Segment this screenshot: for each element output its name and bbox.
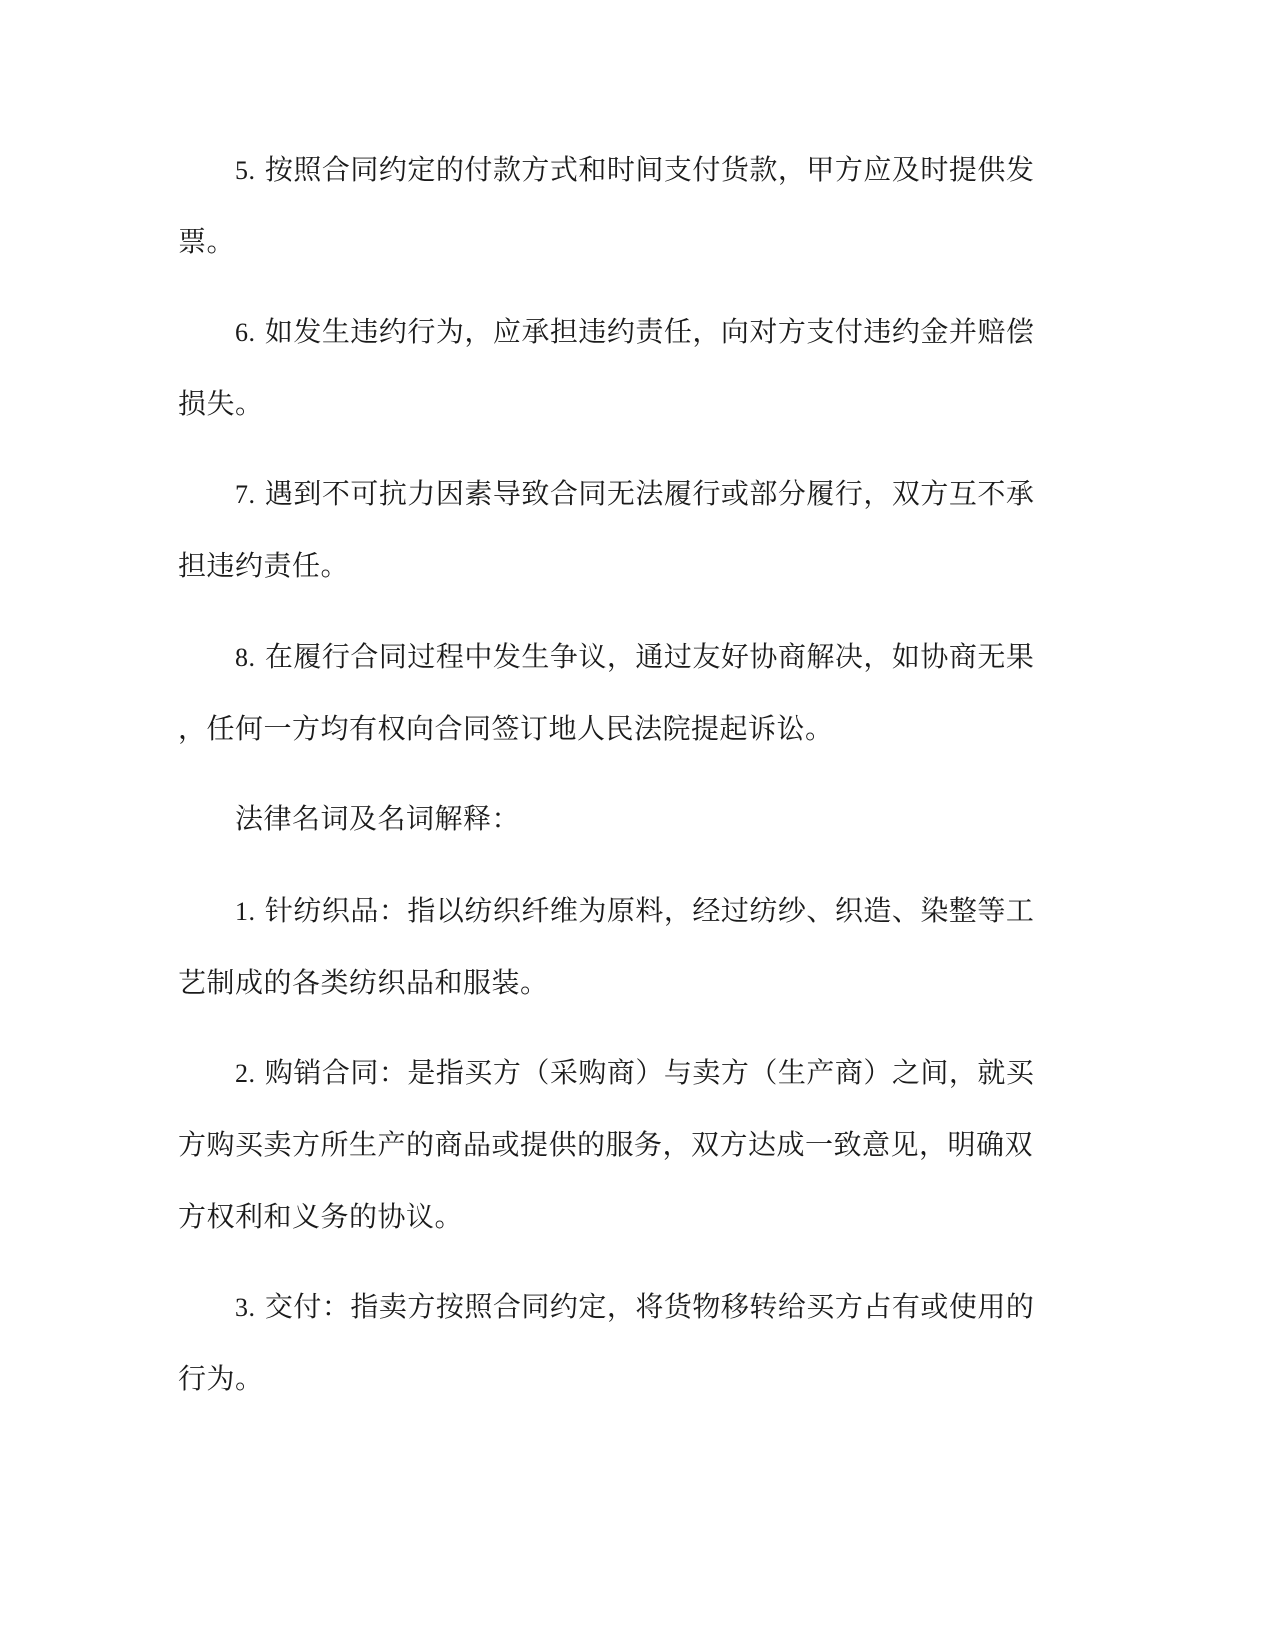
clause-5-line-2: 票。	[178, 222, 235, 262]
definition-1-line-2: 艺制成的各类纺织品和服装。	[178, 963, 549, 1003]
definition-1-line-1: 1. 针纺织品：指以纺织纤维为原料，经过纺纱、织造、染整等工	[235, 891, 1034, 932]
definition-2-line-2: 方购买卖方所生产的商品或提供的服务，双方达成一致意见，明确双	[178, 1125, 1033, 1165]
section-heading: 法律名词及名词解释：	[235, 799, 520, 839]
clause-7-line-2: 担违约责任。	[178, 546, 349, 586]
definition-2-line-1: 2. 购销合同：是指买方（采购商）与卖方（生产商）之间，就买	[235, 1053, 1034, 1094]
clause-5-line-1: 5. 按照合同约定的付款方式和时间支付货款，甲方应及时提供发	[235, 150, 1034, 191]
clause-6-line-1: 6. 如发生违约行为，应承担违约责任，向对方支付违约金并赔偿	[235, 312, 1034, 353]
clause-8-line-1: 8. 在履行合同过程中发生争议，通过友好协商解决，如协商无果	[235, 637, 1034, 678]
clause-8-line-2: ，任何一方均有权向合同签订地人民法院提起诉讼。	[178, 709, 834, 749]
document-page: 5. 按照合同约定的付款方式和时间支付货款，甲方应及时提供发 票。 6. 如发生…	[0, 0, 1275, 1650]
clause-7-line-1: 7. 遇到不可抗力因素导致合同无法履行或部分履行，双方互不承	[235, 474, 1034, 515]
clause-6-line-2: 损失。	[178, 384, 264, 424]
definition-3-line-1: 3. 交付：指卖方按照合同约定，将货物移转给买方占有或使用的	[235, 1287, 1034, 1328]
definition-2-line-3: 方权利和义务的协议。	[178, 1197, 463, 1237]
definition-3-line-2: 行为。	[178, 1359, 264, 1399]
